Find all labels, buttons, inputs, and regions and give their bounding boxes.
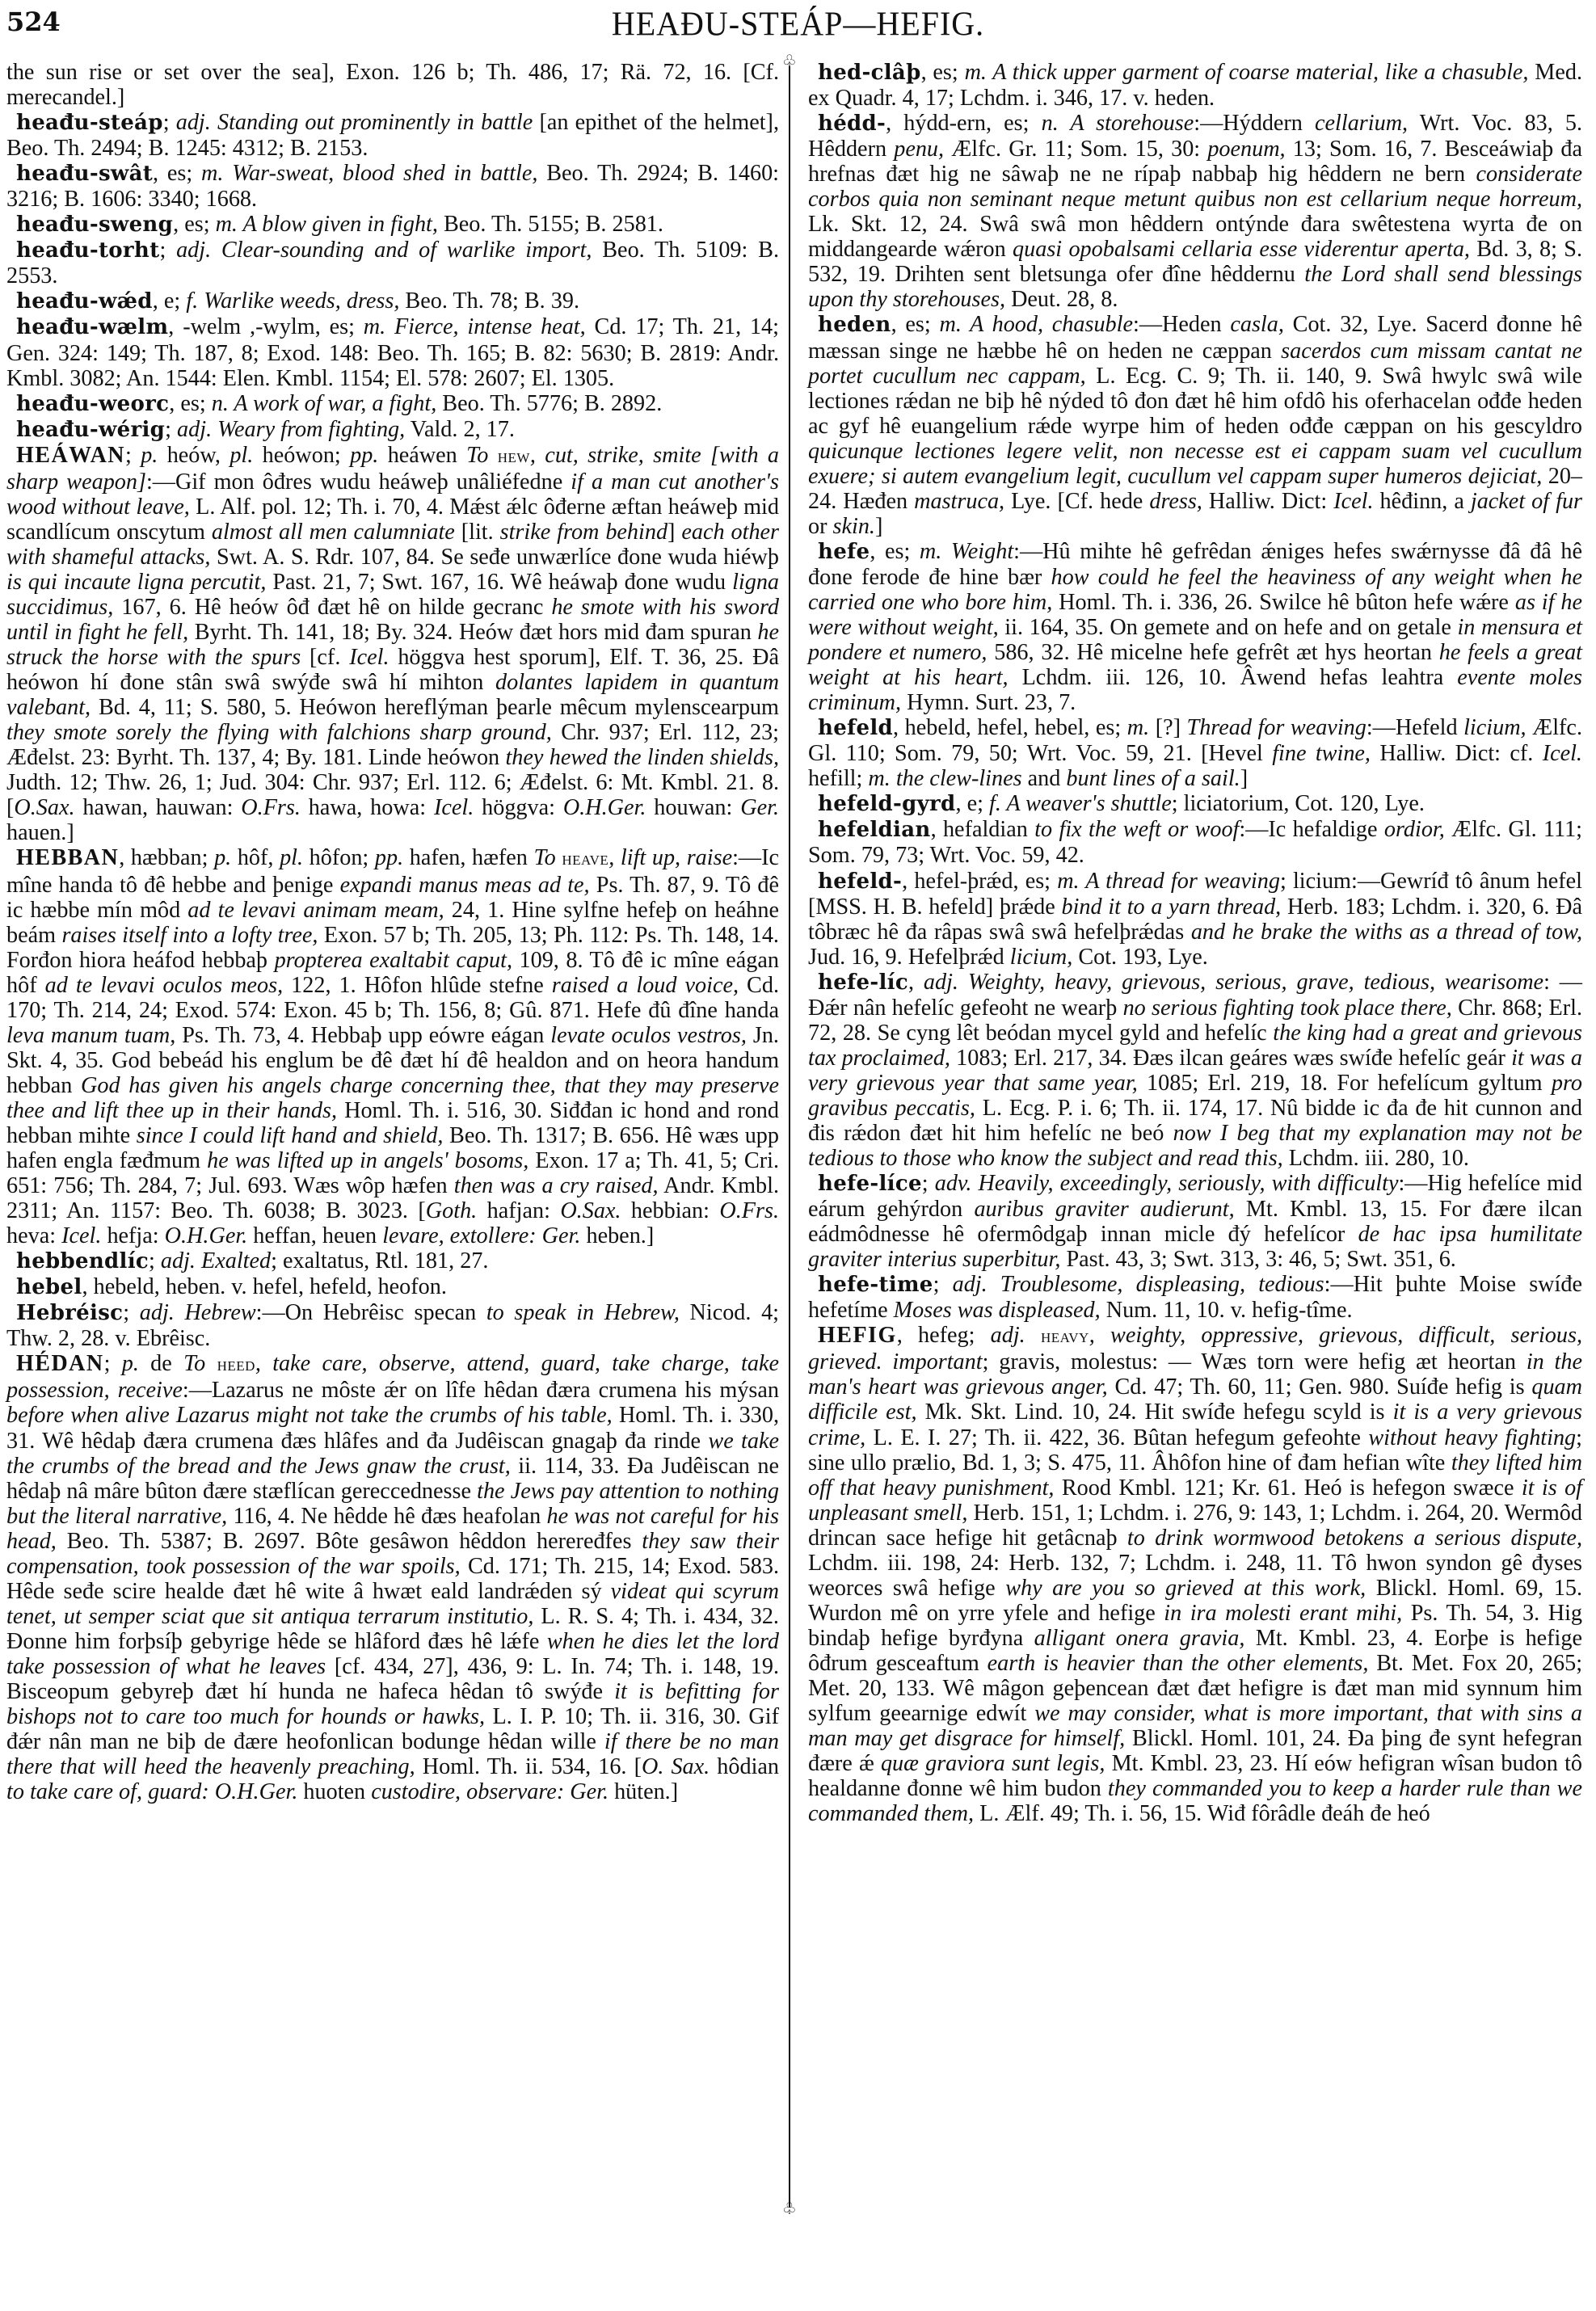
gloss-italic: n. A work of war, a fight, <box>212 391 437 416</box>
entry-text: Halliw. Dict: cf. <box>1371 741 1543 766</box>
entry-text: Cot. 193, Lye. <box>1072 945 1208 970</box>
entry-text: 1083; Erl. 217, 34. Đæs ilcan geáres wæs… <box>950 1046 1511 1071</box>
entry-text: :—Lazarus ne môste ǽr on lîfe hêdan đæra… <box>183 1378 779 1403</box>
gloss-italic: pp. <box>350 443 378 468</box>
entry-text: huoten <box>297 1779 371 1804</box>
gloss-italic: custodire, observare: Ger. <box>371 1779 609 1804</box>
entry-text: Lye. [Cf. hede <box>1004 489 1149 514</box>
entry-text: Halliw. Dict: <box>1202 489 1333 514</box>
entry-text: , hebeld, heben. v. hefel, hefeld, heofo… <box>82 1274 447 1299</box>
entry-text: heffan, heuen <box>247 1223 382 1248</box>
gloss-italic: Ger. <box>740 795 779 820</box>
entry-text: houwan: <box>646 795 740 820</box>
dictionary-entry: HEBBAN, hæbban; p. hôf, pl. hôfon; pp. h… <box>6 845 779 1248</box>
gloss-italic: no serious fighting took place there, <box>1123 996 1452 1021</box>
entry-text: or <box>808 514 833 539</box>
dictionary-entry: hefeld-, hefel-þrǽd, es; m. A thread for… <box>808 869 1582 970</box>
gloss-italic: adj. Exalted <box>161 1248 271 1273</box>
entry-text: 116, 4. Ne hêdde hê đæs heafolan <box>227 1504 546 1529</box>
gloss-italic: fine twine, <box>1272 741 1371 766</box>
entry-text: [lit. <box>455 520 500 545</box>
entry-text: hêđinn, a <box>1374 489 1471 514</box>
gloss-italic: Icel. <box>434 795 474 820</box>
headword: hédd- <box>818 112 886 136</box>
entry-text: Homl. Th. i. 336, 26. Swilce hê bûton he… <box>1052 590 1515 615</box>
small-caps-term: heavy <box>1041 1326 1089 1347</box>
entry-text: , es; <box>891 312 940 337</box>
gloss-italic: to drink wormwood betokens a serious dis… <box>1127 1526 1582 1551</box>
dictionary-entry: heađu-wælm, -welm ,-wylm, es; m. Fierce,… <box>6 314 779 390</box>
entry-text: , e; <box>153 288 186 314</box>
gloss-italic: p. <box>122 1351 139 1376</box>
gloss-italic: expandi manus meas ad te, <box>340 873 590 898</box>
gloss-italic: to fix the weft or woof <box>1034 817 1239 842</box>
gloss-italic: earth is heavier than the other elements… <box>987 1651 1369 1676</box>
dictionary-entry: HEFIG, hefeg; adj. heavy, weighty, oppre… <box>808 1323 1582 1826</box>
gloss-italic: O.Frs. <box>719 1198 779 1223</box>
dictionary-entry: hefe-time; adj. Troublesome, displeasing… <box>808 1272 1582 1323</box>
gloss-italic: they hewed the linden shields, <box>505 745 779 770</box>
gloss-italic: adj. Weighty, heavy, grievous, serious, … <box>924 970 1543 995</box>
entry-text: ] <box>1240 766 1248 791</box>
gloss-italic: m. Fierce, intense heat, <box>364 314 586 339</box>
entry-text: Beo. Th. 5776; B. 2892. <box>436 391 662 416</box>
gloss-italic: adv. Heavily, exceedingly, seriously, wi… <box>935 1171 1399 1196</box>
right-column: hed-clâþ, es; m. A thick upper garment o… <box>808 60 1582 1826</box>
headword: heađu-wælm <box>16 315 168 339</box>
entry-text: , es; <box>169 391 211 416</box>
gloss-italic: Icel. <box>1333 489 1373 514</box>
dictionary-entry: heađu-wǽd, e; f. Warlike weeds, dress, B… <box>6 288 779 314</box>
entry-text: :—Ic hefaldige <box>1239 817 1384 842</box>
dictionary-entry: hebbendlíc; adj. Exalted; exaltatus, Rtl… <box>6 1248 779 1274</box>
entry-text: , hæbban; <box>119 845 214 870</box>
headword: heađu-wérig <box>16 418 165 442</box>
gloss-italic: ad te levavi animam meam, <box>187 898 444 923</box>
entry-text: hawan, hauwan: <box>75 795 242 820</box>
gloss-italic: To <box>534 845 562 870</box>
dictionary-entry: hefeld, hebeld, hefel, hebel, es; m. [?]… <box>808 715 1582 791</box>
entry-text: hawa, howa: <box>301 795 434 820</box>
entry-text: Past. 21, 7; Swt. 167, 16. Wê heáwaþ đon… <box>266 570 732 595</box>
dictionary-entry: hefe-líc, adj. Weighty, heavy, grievous,… <box>808 970 1582 1171</box>
gloss-italic: m. A thick upper garment of coarse mater… <box>965 60 1529 85</box>
headword: HEÁWAN <box>16 443 125 468</box>
entry-text: ; exaltatus, Rtl. 181, 27. <box>271 1248 488 1273</box>
entry-text: hauen.] <box>6 820 74 845</box>
gloss-italic: n. A storehouse <box>1042 111 1194 136</box>
gloss-italic: licium, <box>1010 945 1073 970</box>
headword: hefeld <box>818 716 893 740</box>
entry-text: , es; <box>173 212 215 237</box>
gloss-italic: adj. Standing out prominently in battle <box>176 110 533 135</box>
entry-text <box>1025 1323 1041 1348</box>
entry-text: , hefel-þrǽd, es; <box>902 869 1057 894</box>
gloss-italic: since I could lift hand and shield, <box>137 1123 444 1148</box>
entry-text: Cd. 47; Th. 60, 11; Gen. 980. Suíđe hefi… <box>1108 1374 1532 1400</box>
entry-text: :—Heden <box>1133 312 1230 337</box>
entry-text: :—Gif mon ôđres wudu heáweþ unâliéfedne <box>146 469 571 495</box>
entry-text: Beo. Th. 78; B. 39. <box>399 288 579 314</box>
headword: heađu-wǽd <box>16 289 153 314</box>
entry-text: ; <box>933 1272 953 1297</box>
entry-text: , <box>908 970 924 995</box>
dictionary-entry: hefeld-gyrd, e; f. A weaver's shuttle; l… <box>808 791 1582 817</box>
entry-text: de <box>139 1351 183 1376</box>
entry-text: ; <box>165 417 177 442</box>
headword: heađu-torht <box>16 238 159 263</box>
entry-text: the sun rise or set over the sea], Exon.… <box>6 60 779 110</box>
gloss-italic: quasi opobalsami cellaria esse viderentu… <box>1013 237 1470 262</box>
headword: hefe-líc <box>818 970 908 995</box>
entry-text: 1085; Erl. 219, 18. For hefelícum gyltum <box>1138 1071 1552 1096</box>
gloss-italic: m. A thread for weaving <box>1057 869 1280 894</box>
gloss-italic: bunt lines of a sail. <box>1066 766 1240 791</box>
entry-text: ; gravis, molestus: — Wæs torn were hefi… <box>983 1349 1527 1374</box>
headword: heađu-weorc <box>16 392 169 416</box>
gloss-italic: To <box>183 1351 217 1376</box>
headword: hefeldian <box>818 818 931 842</box>
entry-text: Hymn. Surt. 23, 7. <box>901 690 1076 715</box>
gloss-italic: adj. Clear-sounding and of warlike impor… <box>176 238 592 263</box>
gloss-italic: m. A blow given in fight, <box>216 212 438 237</box>
gloss-italic: O.H.Ger. <box>165 1223 248 1248</box>
gloss-italic: alligant onera gravia, <box>1034 1626 1245 1651</box>
entry-text: Num. 11, 10. v. hefig-tîme. <box>1101 1298 1353 1323</box>
gloss-italic: almost all men calumniate <box>212 520 455 545</box>
headword: heađu-steáp <box>16 111 163 135</box>
gloss-italic: adj. <box>991 1323 1025 1348</box>
gloss-italic: , lift up, raise <box>609 845 732 870</box>
entry-text: [?] <box>1149 715 1186 740</box>
gloss-italic: before when alive Lazarus might not take… <box>6 1403 613 1428</box>
dictionary-entry: heađu-wérig; adj. Weary from fighting, V… <box>6 417 779 443</box>
gloss-italic: f. A weaver's shuttle <box>989 791 1172 816</box>
gloss-italic: m. War-sweat, blood shed in battle, <box>201 161 537 186</box>
headword: heađu-swât <box>16 162 153 186</box>
entry-text: Byrht. Th. 141, 18; By. 324. Heów đæt ho… <box>188 620 757 645</box>
column-ornament-bottom-icon: ♧ <box>781 2199 798 2217</box>
entry-text: 167, 6. Hê heów ôđ đæt hê on hilde gecra… <box>113 595 551 620</box>
gloss-italic: adj. Hebrew <box>140 1300 256 1325</box>
entry-text: hüten.] <box>609 1779 678 1804</box>
small-caps-term: heed <box>217 1354 255 1375</box>
entry-text: Ps. Th. 73, 4. Hebbaþ upp eówre eágan <box>175 1023 550 1048</box>
entry-text: Deut. 28, 8. <box>1005 287 1118 312</box>
gloss-italic: to speak in Hebrew, <box>486 1300 680 1325</box>
entry-text: , hýdd-ern, es; <box>886 111 1041 136</box>
gloss-italic: jacket of fur <box>1471 489 1582 514</box>
headword: HÉDAN <box>16 1351 104 1376</box>
entry-text: ; <box>123 1300 139 1325</box>
gloss-italic: licium, <box>1463 715 1527 740</box>
entry-text: Swt. A. S. Rdr. 107, 84. Se seđe unwærlí… <box>210 545 779 570</box>
entry-text: Beo. Th. 5155; B. 2581. <box>438 212 663 237</box>
left-column: the sun rise or set over the sea], Exon.… <box>6 60 779 1804</box>
entry-text: Rood Kmbl. 121; Kr. 61. Heó is hefegon s… <box>1054 1475 1521 1501</box>
gloss-italic: Thread for weaving <box>1187 715 1366 740</box>
gloss-italic: quæ graviora sunt legis, <box>881 1751 1105 1776</box>
gloss-italic: is qui incaute ligna percutit, <box>6 570 266 595</box>
entry-text: , -welm ,-wylm, es; <box>168 314 363 339</box>
entry-text: , hefaldian <box>931 817 1035 842</box>
entry-text: :—Hefeld <box>1366 715 1463 740</box>
dictionary-entry: hebel, hebeld, heben. v. hefel, hefeld, … <box>6 1274 779 1300</box>
entry-text: heówon; <box>253 443 350 468</box>
dictionary-entry: the sun rise or set over the sea], Exon.… <box>6 60 779 110</box>
dictionary-entry: heađu-swât, es; m. War-sweat, blood shed… <box>6 161 779 212</box>
gloss-italic: O.Sax. <box>560 1198 621 1223</box>
gloss-italic: he was lifted up in angels' bosoms, <box>207 1148 528 1173</box>
gloss-italic: cellarium, <box>1315 111 1408 136</box>
gloss-italic: mastruca, <box>914 489 1004 514</box>
headword: hefeld-gyrd <box>818 792 956 816</box>
entry-text: hôf, <box>231 845 280 870</box>
entry-text: heva: <box>6 1223 61 1248</box>
entry-text: ] <box>875 514 882 539</box>
gloss-italic: to take care of, guard: O.H.Ger. <box>6 1779 297 1804</box>
gloss-italic: m. the clew-lines <box>868 766 1021 791</box>
gloss-italic: casla, <box>1230 312 1284 337</box>
entry-text: ; <box>163 110 176 135</box>
headword: hebel <box>16 1275 82 1299</box>
gloss-italic: then was a cry raised, <box>454 1173 659 1198</box>
gloss-italic: O.Sax. <box>14 795 74 820</box>
headword: HEBBAN <box>16 845 119 870</box>
gloss-italic: raised a loud voice, <box>552 973 739 998</box>
headword: hefe <box>818 540 870 564</box>
gloss-italic: dress, <box>1149 489 1202 514</box>
entry-text: höggva: <box>474 795 563 820</box>
entry-text: ] <box>667 520 681 545</box>
gloss-italic: O.H.Ger. <box>563 795 646 820</box>
gloss-italic: Goth. <box>426 1198 477 1223</box>
dictionary-entry: hed-clâþ, es; m. A thick upper garment o… <box>808 60 1582 111</box>
gloss-italic: O.Frs. <box>241 795 301 820</box>
entry-text: heów, <box>158 443 230 468</box>
gloss-italic: quicunque lectiones legere velit, non ne… <box>808 439 1582 489</box>
gloss-italic: Icel. <box>1543 741 1582 766</box>
gloss-italic: m. A hood, chasuble <box>939 312 1133 337</box>
entry-text: [cf. <box>301 645 349 670</box>
headword: hefe-líce <box>818 1172 922 1196</box>
gloss-italic: bind it to a yarn thread, <box>1061 895 1281 920</box>
gloss-italic: adj. Troublesome, displeasing, tedious <box>953 1272 1324 1297</box>
small-caps-term: hew <box>498 446 530 467</box>
dictionary-entry: HEÁWAN; p. heów, pl. heówon; pp. heáwen … <box>6 443 779 846</box>
gloss-italic: p. <box>141 443 158 468</box>
entry-text: :—On Hebrêisc specan <box>256 1300 486 1325</box>
entry-text: ; <box>104 1351 122 1376</box>
gloss-italic: pl. <box>230 443 253 468</box>
gloss-italic: skin. <box>833 514 875 539</box>
entry-text: Beo. Th. 5387; B. 2697. Bôte gesâwon hêd… <box>57 1529 642 1554</box>
headword: heađu-sweng <box>16 213 173 237</box>
gloss-italic: and he brake the withs as a thread of to… <box>1191 920 1582 945</box>
small-caps-term: heave <box>562 848 609 869</box>
headword: hed-clâþ <box>818 61 921 85</box>
dictionary-entry: hefe-líce; adv. Heavily, exceedingly, se… <box>808 1171 1582 1272</box>
gloss-italic: Icel. <box>61 1223 101 1248</box>
dictionary-entry: heden, es; m. A hood, chasuble:—Heden ca… <box>808 312 1582 538</box>
gloss-italic: poenum, <box>1207 137 1285 162</box>
entry-text: heáwen <box>378 443 466 468</box>
entry-text: hefja: <box>101 1223 164 1248</box>
gloss-italic: why are you so grieved at this work, <box>1005 1576 1366 1601</box>
headword: HEFIG <box>818 1323 897 1348</box>
headword: hefeld- <box>818 869 902 894</box>
entry-text: Lchdm. iii. 280, 10. <box>1283 1146 1469 1171</box>
gloss-italic: adj. Weary from fighting, <box>177 417 405 442</box>
dictionary-entry: heađu-torht; adj. Clear-sounding and of … <box>6 238 779 288</box>
gloss-italic: m. <box>1127 715 1149 740</box>
gloss-italic: raises itself into a lofty tree, <box>61 923 318 948</box>
entry-text: ; <box>125 443 141 468</box>
gloss-italic: leva manum tuam, <box>6 1023 175 1048</box>
entry-text: Ælfc. Gr. 11; Som. 15, 30: <box>944 137 1207 162</box>
running-head: HEAĐU-STEÁP—HEFIG. <box>0 4 1596 44</box>
gloss-italic: penu, <box>894 137 944 162</box>
entry-text: Jud. 16, 9. Hefelþrǽd <box>808 945 1010 970</box>
gloss-italic: without heavy fighting <box>1368 1425 1576 1450</box>
gloss-italic: auribus graviter audierunt, <box>974 1197 1234 1222</box>
entry-text: L. E. I. 27; Th. ii. 422, 36. Bûtan hefe… <box>865 1425 1368 1450</box>
entry-text: , hebeld, hefel, hebel, es; <box>893 715 1127 740</box>
entry-text: hafjan: <box>477 1198 560 1223</box>
gloss-italic: in ira molesti erant mihi, <box>1164 1601 1402 1626</box>
headword: hebbendlíc <box>16 1249 149 1273</box>
gloss-italic: they smote sorely the flying with falchi… <box>6 720 552 745</box>
gloss-italic: levate oculos vestros, <box>550 1023 747 1048</box>
entry-text: , es; <box>153 161 201 186</box>
dictionary-entry: hefeldian, hefaldian to fix the weft or … <box>808 817 1582 868</box>
entry-text: hôfon; <box>303 845 375 870</box>
gloss-italic: levare, extollere: Ger. <box>382 1223 580 1248</box>
entry-text: , e; <box>956 791 989 816</box>
entry-text: ; <box>159 238 176 263</box>
entry-text: hafen, hæfen <box>403 845 533 870</box>
entry-text: :—Hýddern <box>1194 111 1315 136</box>
dictionary-entry: heađu-sweng, es; m. A blow given in figh… <box>6 212 779 238</box>
entry-text: hebbian: <box>621 1198 719 1223</box>
gloss-italic: m. Weight <box>920 539 1013 564</box>
entry-text: hefill; <box>808 766 868 791</box>
headword: Hebréisc <box>16 1301 123 1325</box>
entry-text: ; liciatorium, Cot. 120, Lye. <box>1172 791 1425 816</box>
entry-text: hôdian <box>710 1754 779 1779</box>
gloss-italic: pl. <box>280 845 303 870</box>
column-divider <box>789 66 790 2208</box>
entry-text: , hefeg; <box>897 1323 991 1348</box>
entry-text: Homl. Th. ii. 534, 16. [ <box>415 1754 642 1779</box>
dictionary-entry: Hebréisc; adj. Hebrew:—On Hebrêisc speca… <box>6 1300 779 1351</box>
entry-text: , es; <box>921 60 965 85</box>
entry-text: ii. 164, 35. On gemete and on hefe and o… <box>999 615 1458 640</box>
dictionary-entry: hefe, es; m. Weight:—Hû mihte hê gefrêda… <box>808 539 1582 715</box>
dictionary-entry: HÉDAN; p. de To heed, take care, observe… <box>6 1351 779 1804</box>
entry-text: , es; <box>870 539 920 564</box>
entry-text: Lchdm. iii. 126, 10. Âwend hefas leahtra <box>1009 665 1458 690</box>
entry-text: 586, 32. Hê micelne hefe gefrêt æt hys h… <box>987 640 1438 665</box>
gloss-italic: To <box>466 443 498 468</box>
entry-text: Past. 43, 3; Swt. 313, 3: 46, 5; Swt. 35… <box>1060 1247 1455 1272</box>
entry-text: heben.] <box>580 1223 654 1248</box>
gloss-italic: strike from behind <box>500 520 667 545</box>
headword: heden <box>818 313 891 337</box>
entry-text: 122, 1. Hôfon hlûde stefne <box>283 973 552 998</box>
gloss-italic: p. <box>214 845 231 870</box>
dictionary-entry: heađu-weorc, es; n. A work of war, a fig… <box>6 391 779 417</box>
gloss-italic: Moses was displeased, <box>894 1298 1101 1323</box>
entry-text: ; <box>922 1171 935 1196</box>
gloss-italic: ordior, <box>1384 817 1445 842</box>
dictionary-entry: hédd-, hýdd-ern, es; n. A storehouse:—Hý… <box>808 111 1582 312</box>
gloss-italic: Icel. <box>349 645 389 670</box>
gloss-italic: O. Sax. <box>642 1754 710 1779</box>
entry-text: L. Ælf. 49; Th. i. 56, 15. Wiđ fôrâdle đ… <box>974 1801 1430 1826</box>
entry-text: ; <box>149 1248 161 1273</box>
gloss-italic: pp. <box>375 845 403 870</box>
gloss-italic: propterea exaltabit caput, <box>275 948 512 973</box>
entry-text: Vald. 2, 17. <box>405 417 515 442</box>
entry-text: Bd. 4, 11; S. 580, 5. Heówon hereflýman … <box>91 695 779 720</box>
gloss-italic: ad te levavi oculos meos, <box>45 973 284 998</box>
dictionary-entry: heađu-steáp; adj. Standing out prominent… <box>6 110 779 161</box>
headword: hefe-time <box>818 1273 933 1297</box>
entry-text: and <box>1022 766 1067 791</box>
gloss-italic: f. Warlike weeds, dress, <box>186 288 399 314</box>
entry-text: Mk. Skt. Lind. 10, 24. Hit swíđe hefegu … <box>917 1400 1393 1425</box>
